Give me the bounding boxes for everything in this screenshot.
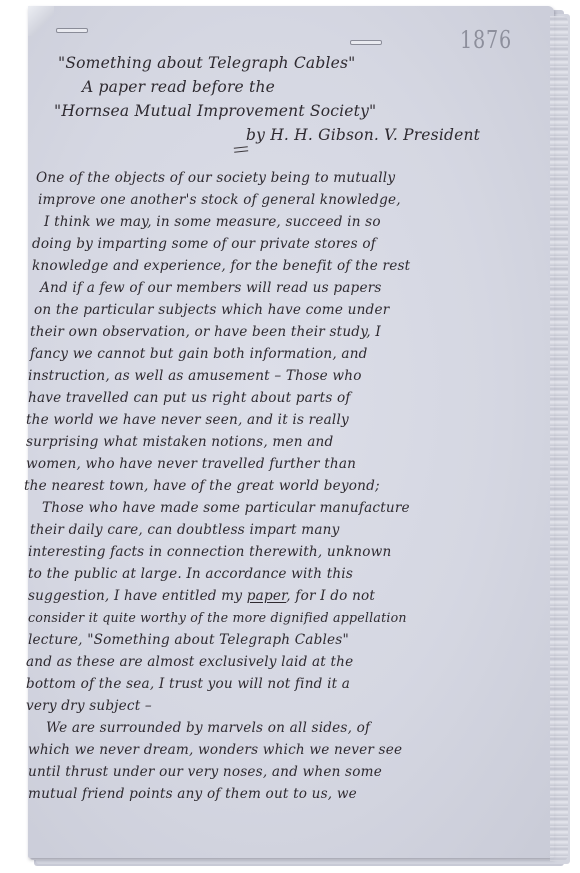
- body-line: surprising what mistaken notions, men an…: [26, 434, 333, 450]
- body-line: knowledge and experience, for the benefi…: [32, 258, 410, 274]
- body-line: to the public at large. In accordance wi…: [28, 566, 353, 582]
- body-line: We are surrounded by marvels on all side…: [46, 720, 370, 736]
- body-line-with-underlined-paper: suggestion, I have entitled my paper, fo…: [28, 588, 375, 604]
- staple-mark-left: [56, 28, 88, 33]
- body-line: mutual friend points any of them out to …: [28, 786, 357, 802]
- body-line: interesting facts in connection therewit…: [28, 544, 391, 560]
- body-line: I think we may, in some measure, succeed…: [44, 214, 381, 230]
- paper-subtitle: A paper read before the: [82, 78, 275, 96]
- scan-stage: 1876 "Something about Telegraph Cables" …: [0, 0, 580, 873]
- body-line: the world we have never seen, and it is …: [26, 412, 349, 428]
- body-line: consider it quite worthy of the more dig…: [28, 610, 407, 625]
- body-line: One of the objects of our society being …: [36, 170, 395, 186]
- header-double-rule: [234, 146, 248, 152]
- underlined-word-paper: paper: [247, 588, 287, 604]
- body-line: have travelled can put us right about pa…: [28, 390, 351, 406]
- ragged-page-edge: [550, 16, 568, 861]
- body-line: the nearest town, have of the great worl…: [24, 478, 380, 494]
- body-line: doing by imparting some of our private s…: [32, 236, 376, 252]
- body-line: Those who have made some particular manu…: [42, 500, 410, 516]
- body-line: very dry subject –: [26, 698, 152, 714]
- staple-mark-right: [350, 40, 382, 45]
- body-line: their daily care, can doubtless impart m…: [30, 522, 339, 538]
- body-line: which we never dream, wonders which we n…: [28, 742, 402, 758]
- folded-corner: [28, 6, 54, 36]
- pencil-year-annotation: 1876: [460, 26, 512, 54]
- body-line: on the particular subjects which have co…: [34, 302, 389, 318]
- body-line: fancy we cannot but gain both informatio…: [30, 346, 368, 362]
- body-line: bottom of the sea, I trust you will not …: [26, 676, 350, 692]
- society-name: "Hornsea Mutual Improvement Society": [54, 102, 376, 120]
- manuscript-page: 1876 "Something about Telegraph Cables" …: [28, 6, 554, 858]
- body-line: their own observation, or have been thei…: [30, 324, 381, 340]
- body-line: women, who have never travelled further …: [26, 456, 356, 472]
- body-line: improve one another's stock of general k…: [38, 192, 401, 208]
- body-line: lecture, "Something about Telegraph Cabl…: [28, 632, 349, 648]
- author-byline: by H. H. Gibson. V. President: [246, 126, 480, 144]
- body-line: until thrust under our very noses, and w…: [28, 764, 382, 780]
- body-line: instruction, as well as amusement – Thos…: [28, 368, 362, 384]
- body-line: and as these are almost exclusively laid…: [26, 654, 353, 670]
- body-line: And if a few of our members will read us…: [40, 280, 382, 296]
- paper-title: "Something about Telegraph Cables": [58, 54, 355, 72]
